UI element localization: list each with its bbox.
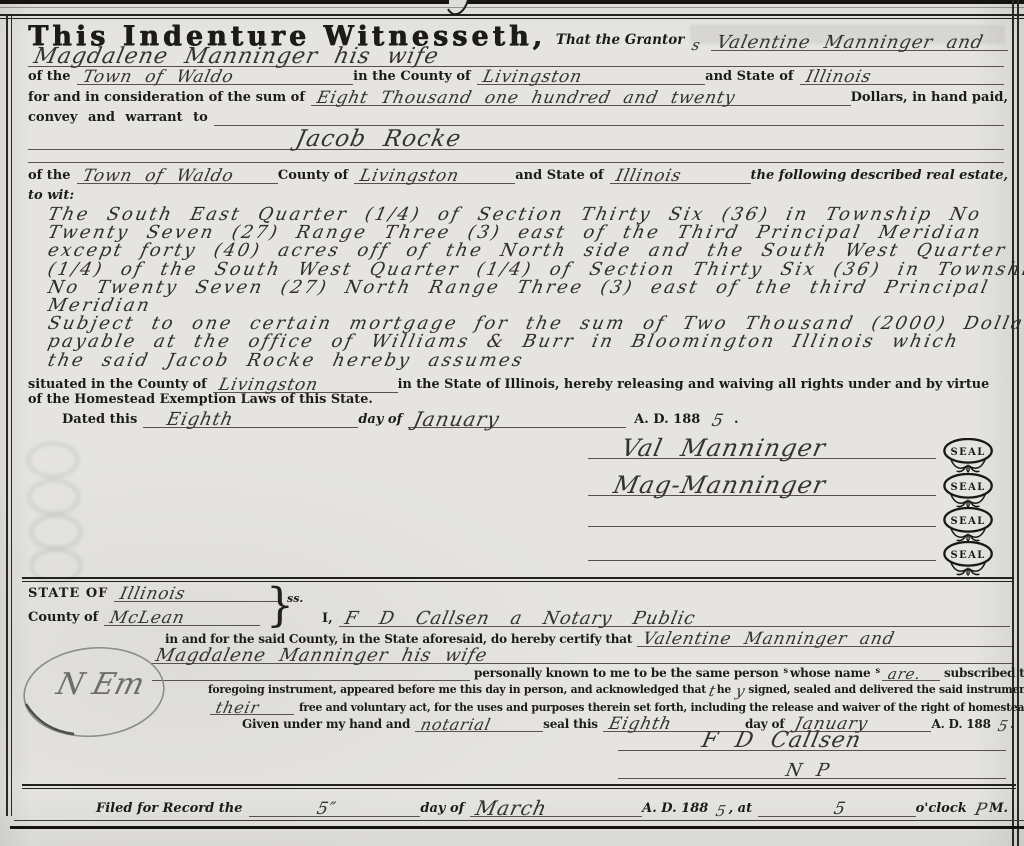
dated-month-handwriting: January: [406, 409, 512, 429]
ghost-seal-stamp: [29, 547, 83, 585]
ghost-seal-stamp: [27, 478, 81, 516]
left-border-outer: [6, 16, 8, 816]
county-handwriting: Livingston: [475, 69, 593, 86]
filed-year-handwriting: 5: [713, 804, 730, 819]
top-double-rule-1: [0, 14, 1024, 16]
top-border-thin: [0, 7, 1024, 8]
day-of-label: day of: [358, 412, 404, 427]
town-handwriting-2: Town of Waldo: [75, 168, 245, 185]
their-free-row: their free and voluntary act, for the us…: [210, 698, 1014, 715]
m-label: M.: [989, 801, 1010, 816]
homestead-label: of the Homestead Exemption Laws of this …: [28, 392, 375, 407]
persons2-handwriting: Magdalene Manninger his wife: [148, 647, 499, 665]
state-handwriting: Illinois: [798, 69, 883, 86]
notarial-line: notarial: [415, 715, 543, 732]
county-line: Livingston: [477, 67, 706, 85]
top-border-right: [468, 0, 1024, 4]
svg-text:SEAL: SEAL: [950, 482, 985, 493]
filed-day-line: 5″: [249, 799, 421, 817]
grantor-line2-row: Magdalene Manninger his wife: [28, 44, 1004, 67]
seal-icon: SEAL: [941, 473, 997, 509]
ss-label: ss.: [287, 592, 303, 605]
amount-handwriting: Eight Thousand one hundred and twenty: [309, 90, 747, 107]
np-row: N P: [618, 760, 1006, 779]
and-state-of-label-2: and State of: [515, 168, 605, 183]
seal-icon: SEAL: [941, 541, 997, 577]
signature-line-3: [588, 526, 936, 527]
signature-handwriting-1: Val Manninger: [613, 436, 838, 460]
description-line: payable at the office of Williams & Burr…: [46, 333, 1010, 351]
grantor-line2-handwriting: Magdalene Manninger his wife: [26, 46, 451, 68]
ghost-seal-stamp: [29, 513, 83, 551]
right-border-outer: [1017, 0, 1019, 846]
name-plural-mark: s: [875, 665, 880, 675]
known-prefix-label: personally known to me to be the same pe…: [474, 666, 780, 680]
grantee-name-handwriting: Jacob Rocke: [288, 128, 474, 151]
state-of-label: STATE OF: [28, 586, 110, 601]
filed-row: Filed for Record the 5″ day of March A. …: [96, 796, 1010, 817]
are-handwriting: are.: [880, 667, 932, 682]
foregoing-label: foregoing instrument, appeared before me…: [208, 683, 706, 696]
top-border-left: [0, 0, 449, 4]
in-county-of-label: in the County of: [353, 69, 472, 84]
seal-icon: SEAL: [941, 507, 997, 543]
county-of-row: County of McLean: [28, 608, 260, 626]
signed-label: signed, sealed and delivered the said in…: [748, 683, 1024, 696]
i-comma-label: I,: [322, 611, 335, 626]
left-border-inner: [11, 16, 12, 816]
dated-day-handwriting: Eighth: [159, 411, 245, 429]
filed-day-handwriting: 5″: [309, 801, 347, 818]
to-wit-row: to wit:: [28, 188, 80, 204]
persons2-row: Magdalene Manninger his wife: [150, 645, 1012, 664]
ghost-seal-stamp: [26, 441, 80, 479]
whose-name-label: whose name: [790, 666, 872, 680]
filed-time-line: 5: [758, 799, 916, 817]
ad-label: A. D. 188: [634, 412, 702, 427]
filed-time-handwriting: 5: [826, 801, 857, 818]
consideration-row: for and in consideration of the sum of E…: [28, 88, 1010, 106]
description-line: except forty (40) acres off of the North…: [46, 242, 1010, 260]
town-line-2: Town of Waldo: [77, 166, 278, 184]
grantee-name-line: Jacob Rocke: [28, 126, 1004, 150]
of-the-label-2: of the: [28, 168, 73, 183]
situated-county-line: Livingston: [213, 375, 398, 393]
signature-row-2: Mag-Manninger: [588, 471, 936, 496]
state-of-row: STATE OF Illinois: [28, 584, 278, 602]
description-line: No Twenty Seven (27) North Range Three (…: [46, 279, 1010, 297]
homestead-row: of the Homestead Exemption Laws of this …: [28, 392, 379, 408]
dated-day-line: Eighth: [143, 409, 358, 428]
notary-ring-mark: N Em: [16, 642, 176, 746]
bottom-border-thick: [10, 826, 1024, 829]
deed-document-page: This Indenture Witnesseth, That the Gran…: [0, 0, 1024, 846]
signature-row-1: Val Manninger: [588, 434, 936, 459]
county-of-line: McLean: [104, 608, 260, 626]
inserted-t-handwriting: t: [706, 684, 718, 699]
filed-day-of-label: day of: [420, 801, 466, 816]
county-line-2: Livingston: [354, 166, 515, 184]
subscribed-label: subscribed to the: [944, 666, 1024, 680]
notary-name-line: F D Callsen a Notary Public: [339, 608, 1010, 627]
signature-handwriting-2: Mag-Manninger: [605, 473, 838, 497]
filed-ad-label: A. D. 188: [642, 801, 710, 816]
notary-name-row: I, F D Callsen a Notary Public: [322, 608, 1010, 627]
np-line: N P: [618, 760, 1006, 779]
town-line: Town of Waldo: [77, 67, 354, 85]
signature-line-4: [588, 560, 936, 561]
signature-row-4: [588, 539, 936, 561]
seal-this-label: seal this: [543, 717, 600, 731]
certify-label: in and for the said County, in the State…: [165, 632, 634, 646]
town-handwriting: Town of Waldo: [75, 69, 245, 86]
county-handwriting-2: Livingston: [352, 168, 470, 185]
county-of-label: County of: [28, 610, 100, 625]
dated-year-handwriting: 5: [705, 413, 736, 430]
signature-row-3: [588, 505, 936, 527]
state-line: Illinois: [800, 67, 1004, 85]
seal-icon: SEAL: [941, 438, 997, 474]
state-of-handwriting: Illinois: [113, 586, 198, 603]
of-the-label: of the: [28, 69, 73, 84]
state-handwriting-2: Illinois: [608, 168, 693, 185]
section-divider-1a: [22, 577, 1014, 579]
situated-row: situated in the County of Livingston in …: [28, 375, 1014, 393]
filed-at-label: , at: [729, 801, 754, 816]
meridiem-handwriting: P: [971, 802, 991, 819]
to-wit-label: to wit:: [28, 188, 76, 203]
inserted-y-handwriting: y: [731, 684, 749, 699]
svg-text:SEAL: SEAL: [950, 516, 985, 527]
their-line: their: [210, 698, 294, 715]
persons2-line: Magdalene Manninger his wife: [150, 645, 1012, 664]
known-blank-line: [152, 680, 470, 681]
county-of-handwriting: McLean: [102, 610, 196, 627]
notary-signature-line: F D Callsen: [618, 728, 1006, 751]
state-of-line: Illinois: [114, 584, 278, 602]
consideration-suffix: Dollars, in hand paid,: [851, 90, 1010, 105]
he-label: he: [717, 683, 731, 696]
consideration-prefix: for and in consideration of the sum of: [28, 90, 307, 105]
real-estate-label: the following described real estate,: [751, 168, 1010, 183]
legal-description: The South East Quarter (1/4) of Section …: [48, 206, 1008, 370]
dated-month-line: January: [408, 407, 626, 428]
county-of-label-2: County of: [278, 168, 350, 183]
section-divider-1b: [22, 581, 1014, 582]
free-act-label: free and voluntary act, for the uses and…: [299, 701, 1024, 714]
situated-prefix: situated in the County of: [28, 377, 209, 392]
svg-text:N Em: N Em: [52, 667, 148, 701]
signature-line-2: Mag-Manninger: [588, 471, 936, 496]
filed-month-handwriting: March: [468, 798, 559, 818]
state-line-2: Illinois: [610, 166, 751, 184]
grantee-row: Jacob Rocke: [28, 124, 1004, 150]
description-line: the said Jacob Rocke hereby assumes: [46, 352, 1010, 370]
given-label: Given under my hand and: [242, 717, 412, 731]
notary-name-handwriting: F D Callsen a Notary Public: [337, 610, 707, 628]
bottom-border-thin: [14, 820, 1024, 821]
grantee-residence-row: of the Town of Waldo County of Livingsto…: [28, 166, 1010, 184]
notary-signature-row: F D Callsen: [618, 728, 1006, 751]
notarial-handwriting: notarial: [414, 717, 503, 733]
grantor-line2-rule: Magdalene Manninger his wife: [28, 44, 1004, 67]
filed-month-line: March: [470, 796, 642, 817]
are-line: are.: [882, 665, 940, 681]
convey-label: convey and warrant to: [28, 110, 210, 125]
signature-line-1: Val Manninger: [588, 434, 936, 459]
section-divider-2b: [22, 788, 1016, 789]
personally-known-row: personally known to me to be the same pe…: [152, 665, 1014, 681]
person-plural-mark: s: [783, 665, 788, 675]
dated-row: Dated this Eighth day of January A. D. 1…: [62, 407, 762, 428]
grantor-residence-row: of the Town of Waldo in the County of Li…: [28, 67, 1004, 85]
ss-brace: }: [266, 579, 294, 633]
svg-text:SEAL: SEAL: [950, 447, 985, 458]
dated-this-label: Dated this: [62, 412, 139, 427]
filed-label: Filed for Record the: [96, 801, 245, 816]
and-state-of-label: and State of: [705, 69, 795, 84]
foregoing-row: foregoing instrument, appeared before me…: [208, 682, 1014, 697]
oclock-label: o'clock: [916, 801, 969, 816]
np-handwriting: N P: [778, 762, 841, 780]
blank-rule: [28, 162, 1004, 163]
cut-off-pen-tail: [438, 0, 478, 22]
situated-suffix: in the State of Illinois, hereby releasi…: [398, 377, 992, 392]
section-divider-2a: [22, 784, 1016, 786]
notary-signature-handwriting: F D Callsen: [694, 730, 874, 752]
amount-line: Eight Thousand one hundred and twenty: [311, 88, 851, 106]
svg-text:SEAL: SEAL: [950, 550, 985, 561]
